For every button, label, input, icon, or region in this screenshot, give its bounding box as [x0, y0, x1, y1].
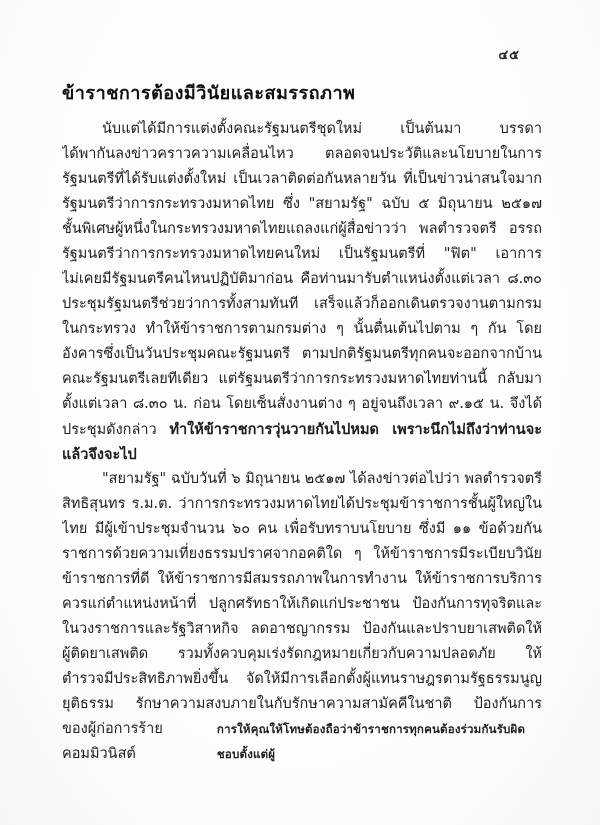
text-line: ควรแก่ตำแหน่งหน้าที่ ปลูกศรัทธาให้เกิดแก… — [62, 592, 542, 617]
text-line: ตำรวจมีประสิทธิภาพยิ่งขึ้น จัดให้มีการเล… — [62, 667, 542, 692]
text-line: รัฐมนตรีว่าการกระทรวงมหาดไทยคนใหม่ เป็นร… — [62, 242, 542, 267]
body-text: นับแต่ได้มีการแต่งตั้งคณะรัฐมนตรีชุดใหม่… — [62, 117, 542, 742]
text-line: ผู้ติดยาเสพติด รวมทั้งควบคุมเร่งรัดกฎหมา… — [62, 642, 542, 667]
text-segment-bold-small: การให้คุณให้โทษต้องถือว่าข้าราชการทุกคนต… — [217, 717, 542, 767]
text-line: ไม่เคยมีรัฐมนตรีคนไหนปฏิบัติมาก่อน คือท่… — [62, 267, 542, 292]
scanned-book-page: ๔๕ ข้าราชการต้องมีวินัยและสมรรถภาพ นับแต… — [0, 0, 600, 825]
paragraph-2: "สยามรัฐ" ฉบับวันที่ ๖ มิถุนายน ๒๕๑๗ ได้… — [62, 467, 542, 742]
text-segment-normal: ประชุมดังกล่าว — [62, 422, 157, 438]
text-line: รัฐมนตรีว่าการกระทรวงมหาดไทย ซึ่ง "สยามร… — [62, 192, 542, 217]
text-line-closing: แล้วจึงจะไป — [62, 442, 542, 467]
page-title: ข้าราชการต้องมีวินัยและสมรรถภาพ — [62, 78, 542, 107]
text-line: ไทย มีผู้เข้าประชุมจำนวน ๖๐ คน เพื่อรับท… — [62, 517, 542, 542]
text-line: ตั้งแต่เวลา ๘.๓๐ น. ก่อน โดยเซ็นสั่งงานต… — [62, 392, 542, 417]
text-line: ได้พากันลงข่าวคราวความเคลื่อนไหว ตลอดจนป… — [62, 142, 542, 167]
page-content: ๔๕ ข้าราชการต้องมีวินัยและสมรรถภาพ นับแต… — [62, 44, 542, 742]
text-line: ชั้นพิเศษผู้หนึ่งในกระทรวงมหาดไทยแถลงแก่… — [62, 217, 542, 242]
text-line: ประชุมรัฐมนตรีช่วยว่าการทั้งสามทันที เสร… — [62, 292, 542, 317]
text-line: ยุติธรรม รักษาความสงบภายในกับรักษาความสา… — [62, 692, 542, 717]
text-line: นับแต่ได้มีการแต่งตั้งคณะรัฐมนตรีชุดใหม่… — [62, 117, 542, 142]
text-line: "สยามรัฐ" ฉบับวันที่ ๖ มิถุนายน ๒๕๑๗ ได้… — [62, 467, 542, 492]
text-line: ข้าราชการที่ดี ให้ข้าราชการมีสมรรถภาพในก… — [62, 567, 542, 592]
text-line: ราชการด้วยความเที่ยงธรรมปราศจากอคติใด ๆ … — [62, 542, 542, 567]
text-line: ในกระทรวง ทำให้ข้าราชการตามกรมต่าง ๆ นั้… — [62, 317, 542, 342]
text-line: รัฐมนตรีที่ได้รับแต่งตั้งใหม่ เป็นเวลาติ… — [62, 167, 542, 192]
text-line: สิทธิสุนทร ร.ม.ต. ว่าการกระทรวงมหาดไทยได… — [62, 492, 542, 517]
text-line: ในวงราชการและรัฐวิสาหกิจ ลดอาชญากรรม ป้อ… — [62, 617, 542, 642]
page-number: ๔๕ — [62, 44, 542, 64]
paragraph-1: นับแต่ได้มีการแต่งตั้งคณะรัฐมนตรีชุดใหม่… — [62, 117, 542, 467]
text-line: อังคารซึ่งเป็นวันประชุมคณะรัฐมนตรี ตามปก… — [62, 342, 542, 367]
text-line-mixed: ประชุมดังกล่าว ทำให้ข้าราชการวุ่นวายกันไ… — [62, 417, 542, 442]
text-segment-normal: ของผู้ก่อการร้ายคอมมิวนิสต์ — [62, 717, 217, 767]
text-line: คณะรัฐมนตรีเลยทีเดียว แต่รัฐมนตรีว่าการก… — [62, 367, 542, 392]
text-line-mixed-end: ของผู้ก่อการร้ายคอมมิวนิสต์ การให้คุณให้… — [62, 717, 542, 742]
